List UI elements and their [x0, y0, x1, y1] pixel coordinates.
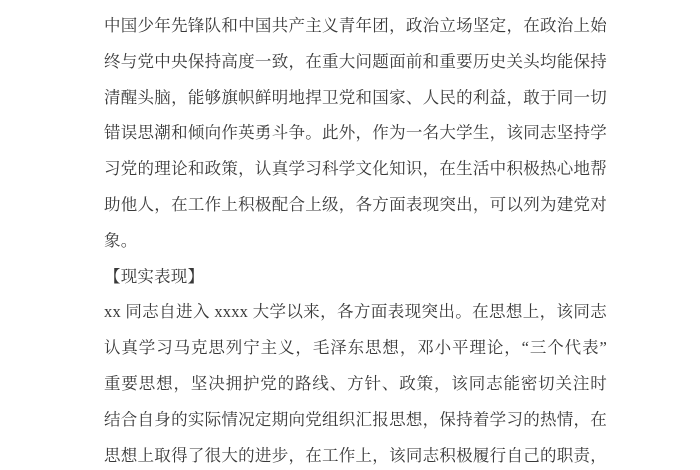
document-page: 中国少年先锋队和中国共产主义青年团，政治立场坚定，在政治上始 终与党中央保持高度… — [0, 0, 700, 470]
paragraph-line: 助他人，在工作上积极配合上级，各方面表现突出，可以列为建党对 — [104, 187, 607, 223]
paragraph-line: 结合自身的实际情况定期向党组织汇报思想，保持着学习的热情，在 — [104, 402, 607, 438]
section-heading: 【现实表现】 — [104, 259, 607, 295]
paragraph-line: 终与党中央保持高度一致，在重大问题面前和重要历史关头均能保持 — [104, 44, 607, 80]
paragraph-line: 重要思想，坚决拥护党的路线、方针、政策，该同志能密切关注时事， — [104, 366, 607, 402]
document-text-block: 中国少年先锋队和中国共产主义青年团，政治立场坚定，在政治上始 终与党中央保持高度… — [104, 8, 607, 470]
paragraph-line: 清醒头脑，能够旗帜鲜明地捍卫党和国家、人民的利益，敢于同一切 — [104, 80, 607, 116]
paragraph-line: 中国少年先锋队和中国共产主义青年团，政治立场坚定，在政治上始 — [104, 8, 607, 44]
paragraph-line: 认真学习马克思列宁主义，毛泽东思想，邓小平理论，“三个代表” — [104, 330, 607, 366]
paragraph-line: xx 同志自进入 xxxx 大学以来，各方面表现突出。在思想上，该同志 — [104, 294, 607, 330]
paragraph-line: 习党的理论和政策，认真学习科学文化知识，在生活中积极热心地帮 — [104, 151, 607, 187]
paragraph-last-line: 象。 — [104, 223, 607, 259]
paragraph-line: 错误思潮和倾向作英勇斗争。此外，作为一名大学生，该同志坚持学 — [104, 115, 607, 151]
paragraph-line-clipped: 思想上取得了很大的进步，在工作上，该同志积极履行自己的职责， — [104, 438, 607, 470]
